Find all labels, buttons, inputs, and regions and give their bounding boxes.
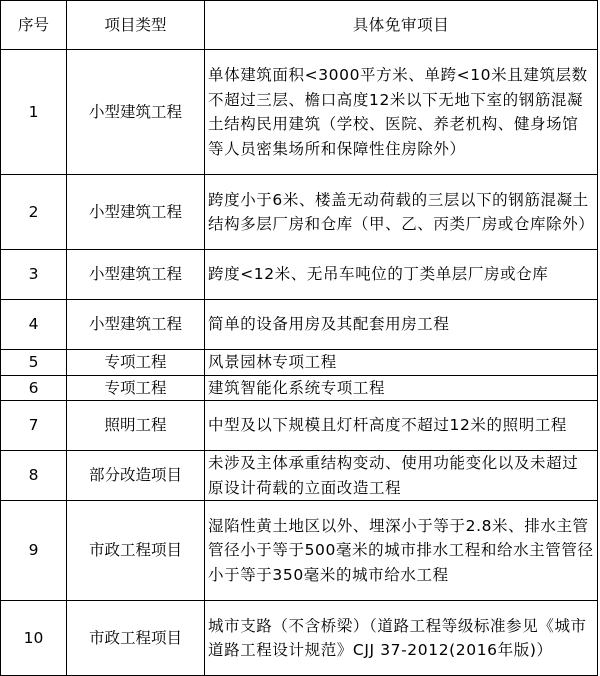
- cell-no: 8: [1, 451, 67, 501]
- cell-type: 照明工程: [67, 401, 205, 451]
- table-row: 1小型建筑工程单体建筑面积<3000平方米、单跨<10米且建筑层数不超过三层、檐…: [1, 50, 598, 175]
- cell-detail: 建筑智能化系统专项工程: [205, 375, 598, 401]
- cell-no: 7: [1, 401, 67, 451]
- cell-no: 10: [1, 601, 67, 676]
- cell-detail: 湿陷性黄土地区以外、埋深小于等于2.8米、排水主管管径小于等于500毫米的城市排…: [205, 501, 598, 601]
- cell-type: 小型建筑工程: [67, 50, 205, 175]
- cell-detail: 中型及以下规模且灯杆高度不超过12米的照明工程: [205, 401, 598, 451]
- header-no: 序号: [1, 1, 67, 50]
- header-type: 项目类型: [67, 1, 205, 50]
- cell-type: 市政工程项目: [67, 601, 205, 676]
- cell-no: 1: [1, 50, 67, 175]
- header-detail: 具体免审项目: [205, 1, 598, 50]
- table-row: 8部分改造项目未涉及主体承重结构变动、使用功能变化以及未超过原设计荷载的立面改造…: [1, 451, 598, 501]
- cell-detail: 单体建筑面积<3000平方米、单跨<10米且建筑层数不超过三层、檐口高度12米以…: [205, 50, 598, 175]
- cell-detail: 风景园林专项工程: [205, 350, 598, 376]
- cell-type: 部分改造项目: [67, 451, 205, 501]
- cell-type: 小型建筑工程: [67, 300, 205, 350]
- cell-type: 小型建筑工程: [67, 250, 205, 300]
- table-row: 7照明工程中型及以下规模且灯杆高度不超过12米的照明工程: [1, 401, 598, 451]
- table-row: 2小型建筑工程跨度小于6米、楼盖无动荷载的三层以下的钢筋混凝土结构多层厂房和仓库…: [1, 175, 598, 250]
- cell-type: 市政工程项目: [67, 501, 205, 601]
- table-row: 5专项工程风景园林专项工程: [1, 350, 598, 376]
- cell-no: 3: [1, 250, 67, 300]
- table-row: 9市政工程项目湿陷性黄土地区以外、埋深小于等于2.8米、排水主管管径小于等于50…: [1, 501, 598, 601]
- cell-detail: 简单的设备用房及其配套用房工程: [205, 300, 598, 350]
- table-row: 10市政工程项目城市支路（不含桥梁）（道路工程等级标准参见《城市道路工程设计规范…: [1, 601, 598, 676]
- cell-type: 小型建筑工程: [67, 175, 205, 250]
- table-row: 3小型建筑工程跨度<12米、无吊车吨位的丁类单层厂房或仓库: [1, 250, 598, 300]
- exemption-table: 序号 项目类型 具体免审项目 1小型建筑工程单体建筑面积<3000平方米、单跨<…: [0, 0, 598, 676]
- cell-type: 专项工程: [67, 350, 205, 376]
- cell-detail: 跨度<12米、无吊车吨位的丁类单层厂房或仓库: [205, 250, 598, 300]
- cell-no: 9: [1, 501, 67, 601]
- cell-detail: 未涉及主体承重结构变动、使用功能变化以及未超过原设计荷载的立面改造工程: [205, 451, 598, 501]
- table-row: 6专项工程建筑智能化系统专项工程: [1, 375, 598, 401]
- table-row: 4小型建筑工程简单的设备用房及其配套用房工程: [1, 300, 598, 350]
- cell-no: 5: [1, 350, 67, 376]
- cell-type: 专项工程: [67, 375, 205, 401]
- header-row: 序号 项目类型 具体免审项目: [1, 1, 598, 50]
- cell-no: 2: [1, 175, 67, 250]
- cell-no: 4: [1, 300, 67, 350]
- cell-no: 6: [1, 375, 67, 401]
- cell-detail: 城市支路（不含桥梁）（道路工程等级标准参见《城市道路工程设计规范》CJJ 37-…: [205, 601, 598, 676]
- cell-detail: 跨度小于6米、楼盖无动荷载的三层以下的钢筋混凝土结构多层厂房和仓库（甲、乙、丙类…: [205, 175, 598, 250]
